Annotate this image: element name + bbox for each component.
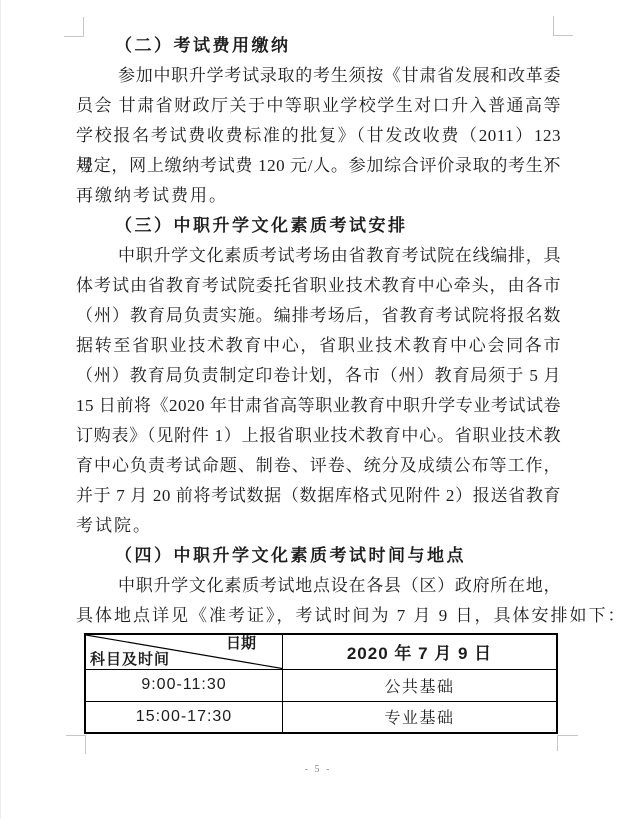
paragraph-line: 学校报名考试费收费标准的批复》（甘发改收费（2011）123 号）: [76, 121, 561, 151]
exam-subject-cell: 公共基础: [283, 669, 558, 701]
table-header-row: 日期 科目及时间 2020 年 7 月 9 日: [85, 634, 557, 669]
paragraph-line: 并于 7 月 20 前将考试数据（数据库格式见附件 2）报送省教育: [76, 481, 561, 511]
exam-time-cell: 9:00-11:30: [85, 669, 283, 701]
paragraph-line: 具体地点详见《准考证》，考试时间为 7 月 9 日，具体安排如下：: [76, 601, 561, 631]
subject-axis-label: 科目及时间: [90, 652, 170, 668]
paragraph-line: 参加中职升学考试录取的考生须按《甘肃省发展和改革委: [76, 61, 561, 91]
document-page: { "document": { "sections": [ { "heading…: [0, 0, 635, 819]
paragraph-line: 订购表》（见附件 1）上报省职业技术教育中心。省职业技术教: [76, 421, 561, 451]
paragraph-line: 中职升学文化素质考试考场由省教育考试院在线编排，具: [76, 241, 561, 271]
paragraph-line: 15 日前将《2020 年甘肃省高等职业教育中职升学专业考试试卷: [76, 391, 561, 421]
paragraph-line: 据转至省职业技术教育中心，省职业技术教育中心会同各市: [76, 331, 561, 361]
paragraph-line: （州）教育局负责制定印卷计划，各市（州）教育局须于 5 月: [76, 361, 561, 391]
table-row: 15:00-17:30 专业基础: [85, 701, 557, 733]
exam-time-cell: 15:00-17:30: [85, 701, 283, 733]
crop-mark-bottom-right: [557, 735, 578, 736]
paragraph-line: 规定，网上缴纳考试费 120 元/人。参加综合评价录取的考生不: [76, 151, 561, 181]
exam-subject-cell: 专业基础: [283, 701, 558, 733]
document-body: （二）考试费用缴纳 参加中职升学考试录取的考生须按《甘肃省发展和改革委 员会 甘…: [76, 31, 561, 631]
date-header-cell: 2020 年 7 月 9 日: [283, 634, 558, 669]
exam-schedule-table: 日期 科目及时间 2020 年 7 月 9 日 9:00-11:30 公共基础 …: [84, 633, 558, 734]
date-axis-label: 日期: [226, 635, 256, 652]
table-row: 9:00-11:30 公共基础: [85, 669, 557, 701]
paragraph-line: 员会 甘肃省财政厅关于中等职业学校学生对口升入普通高等: [76, 91, 561, 121]
section-heading: （四）中职升学文化素质考试时间与地点: [76, 541, 561, 571]
crop-mark-bottom-right: [557, 735, 558, 751]
diagonal-header-cell: 日期 科目及时间: [85, 634, 283, 669]
section-heading: （二）考试费用缴纳: [76, 31, 561, 61]
paragraph-line: 育中心负责考试命题、制卷、评卷、统分及成绩公布等工作，: [76, 451, 561, 481]
crop-mark-bottom-left: [85, 735, 86, 754]
page-number: - 5 -: [1, 763, 635, 777]
paragraph-line: （州）教育局负责实施。编排考场后，省教育考试院将报名数: [76, 301, 561, 331]
paragraph-line: 考试院。: [76, 511, 561, 541]
paragraph-line: 中职升学文化素质考试地点设在各县（区）政府所在地，: [76, 571, 561, 601]
paragraph-line: 体考试由省教育考试院委托省职业技术教育中心牵头，由各市: [76, 271, 561, 301]
section-heading: （三）中职升学文化素质考试安排: [76, 211, 561, 241]
paragraph-line: 再缴纳考试费用。: [76, 181, 561, 211]
crop-mark-bottom-left: [66, 735, 86, 736]
